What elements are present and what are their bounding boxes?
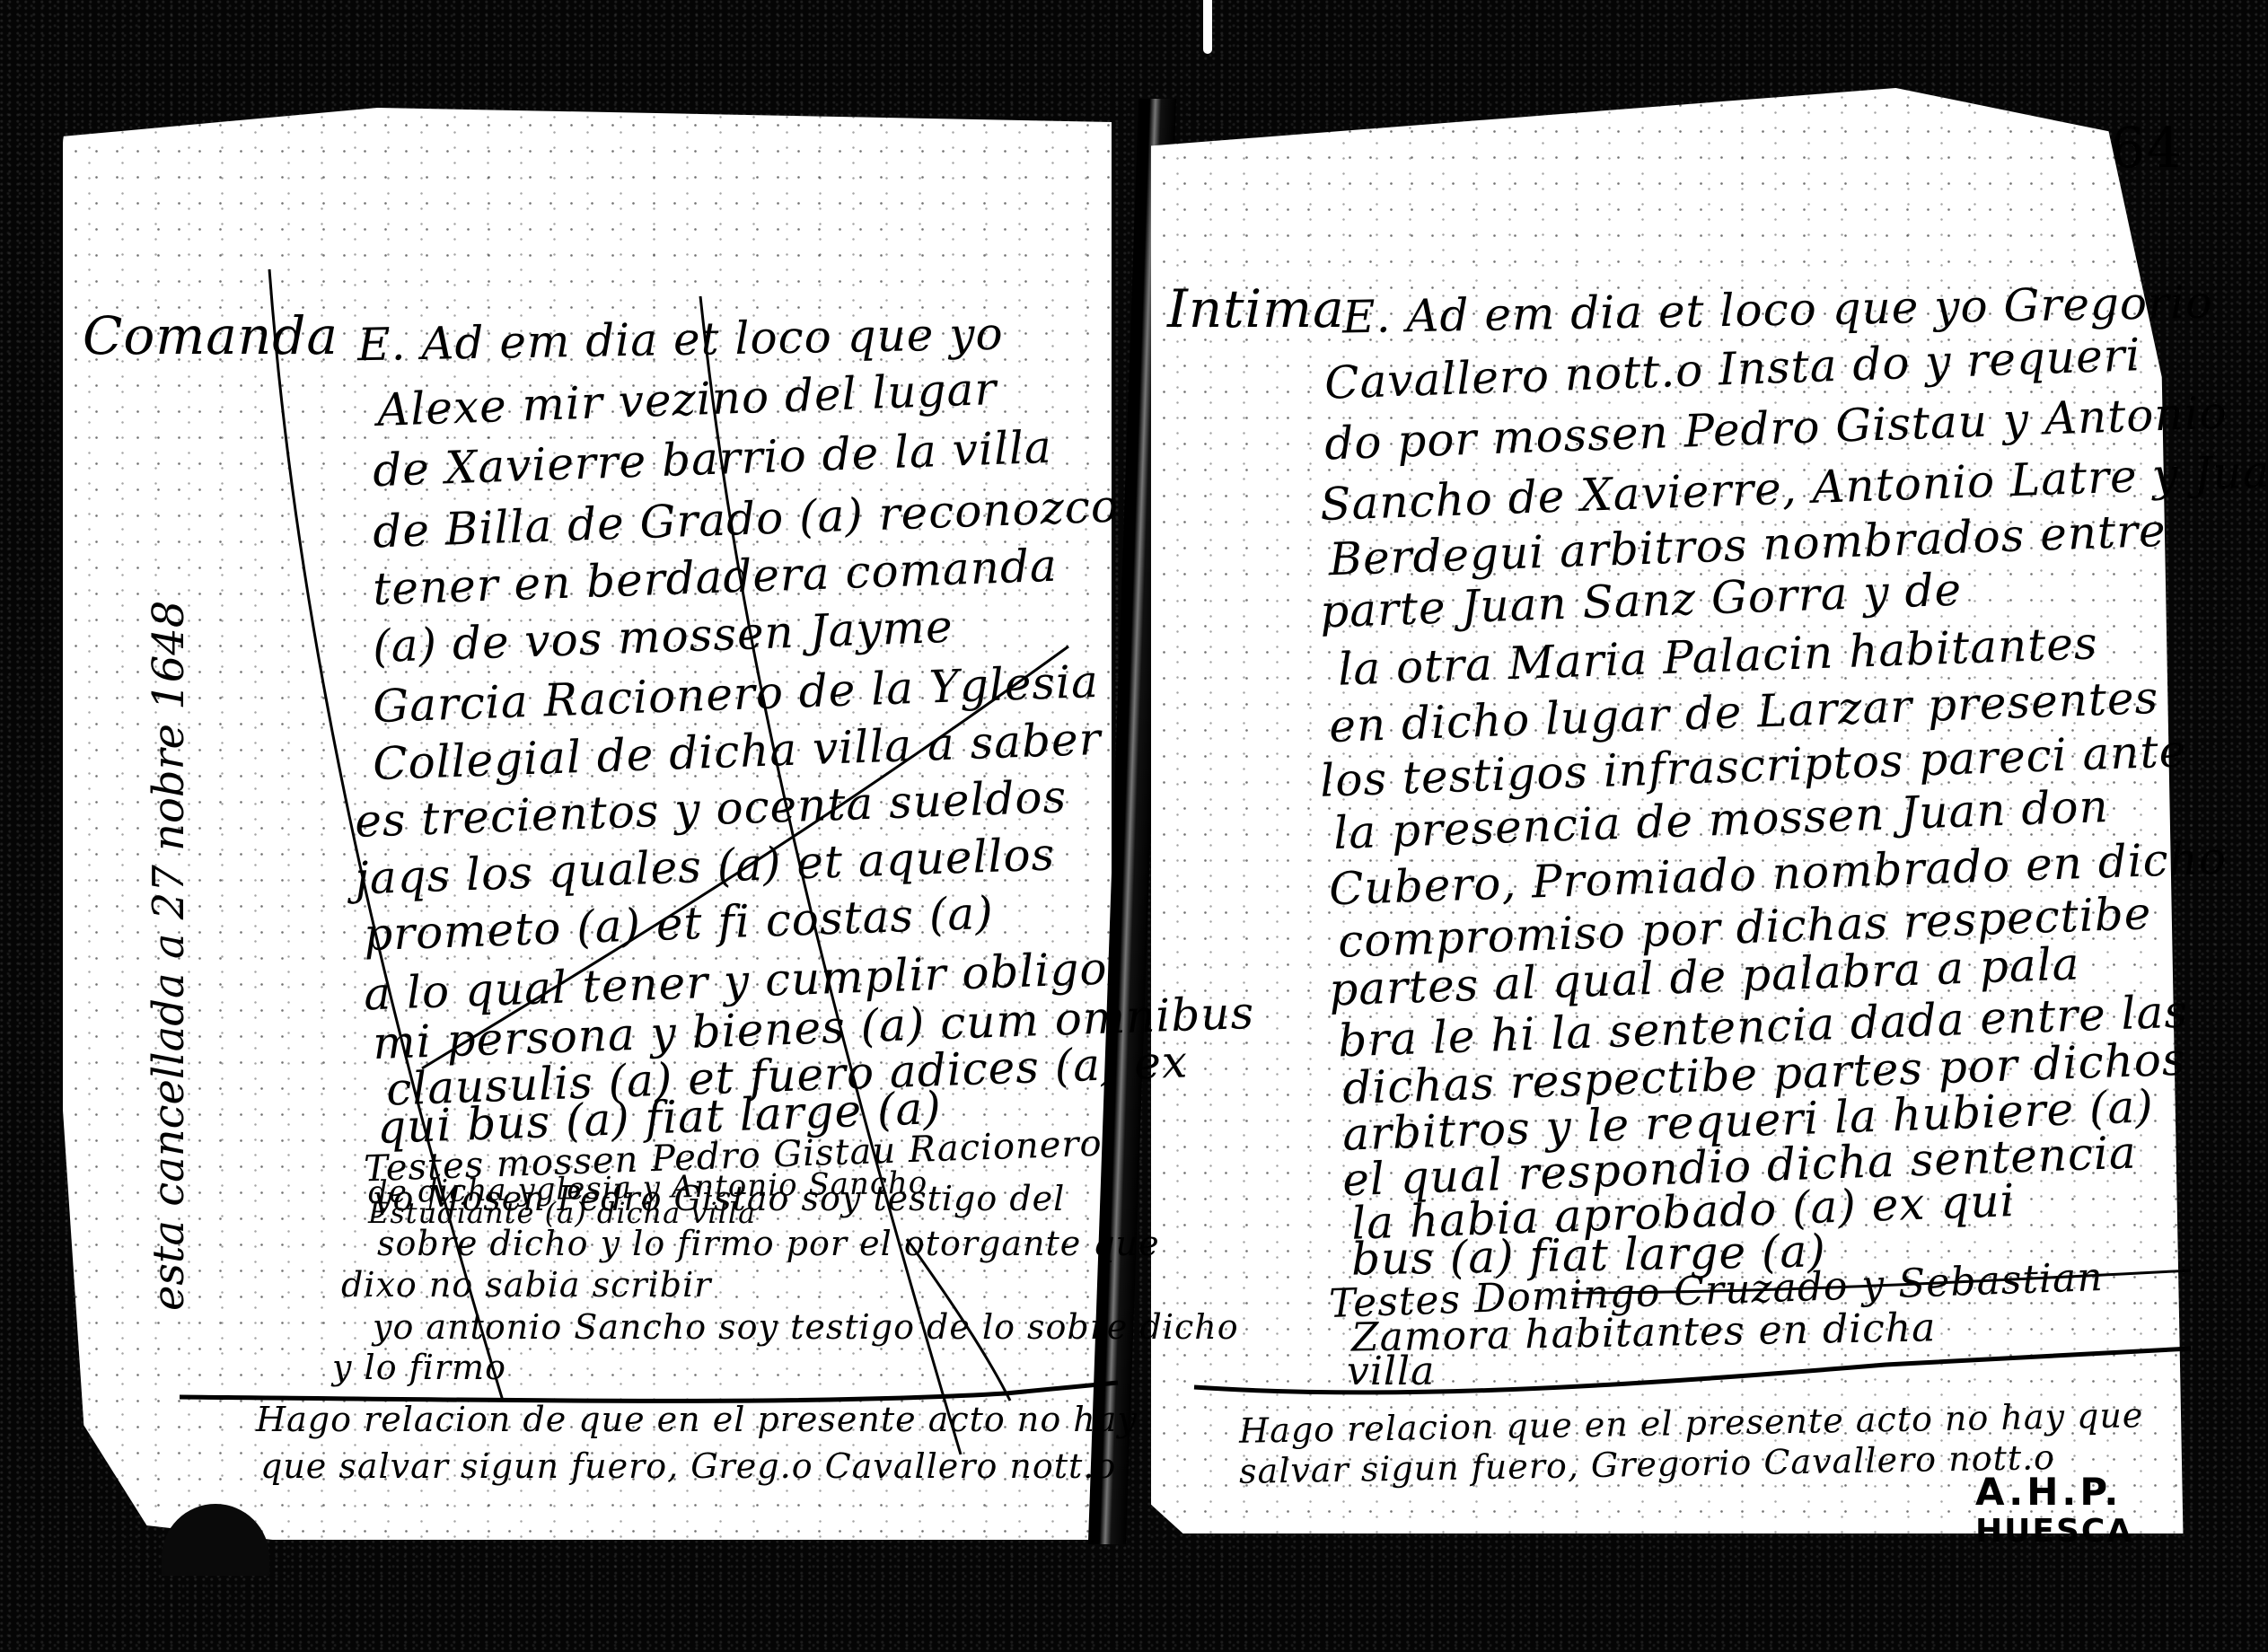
archive-stamp: A.H.P. HUESCA (1975, 1472, 2133, 1551)
witness-line: Zamora habitantes en dicha (1350, 1298, 1936, 1367)
archive-stamp-line2: HUESCA (1975, 1512, 2133, 1551)
footer-line: que salvar sigun fuero, Greg.o Cavallero… (260, 1445, 1116, 1487)
page-number: 64 (2110, 115, 2183, 180)
footer-line: Hago relacion de que en el presente acto… (256, 1399, 1138, 1440)
margin-note-cancellation: esta cancellada a 27 nobre 1648 (144, 601, 194, 1311)
margin-heading-intima: Intima (1167, 278, 1345, 339)
attestation-line: dixo no sabia scribir (341, 1264, 711, 1305)
archive-stamp-line1: A.H.P. (1975, 1472, 2133, 1512)
attestation-line: yo Mosen Pedro Gistao soy testigo del (373, 1178, 1065, 1219)
attestation-line: sobre dicho y lo firmo por el otorgante … (377, 1223, 1160, 1264)
paper-tear (1203, 0, 1212, 54)
attestation-line: yo antonio Sancho soy testigo de lo sobr… (373, 1306, 1239, 1348)
margin-heading-comanda: Comanda (83, 305, 338, 366)
attestation-line: y lo firmo (332, 1347, 506, 1388)
witness-line: villa (1347, 1342, 1435, 1402)
